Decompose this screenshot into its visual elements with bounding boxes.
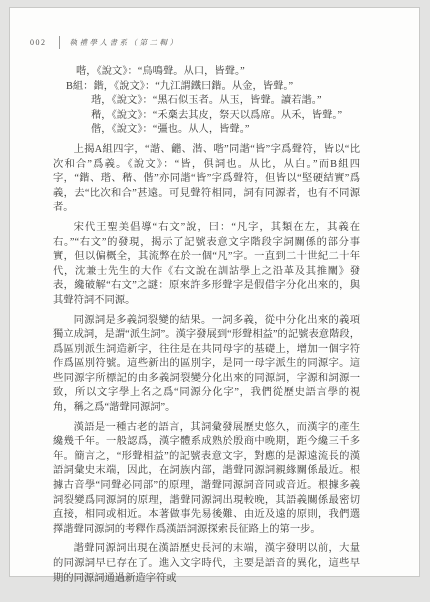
- running-header: 002 執禮學人書系（第二輯）: [30, 36, 180, 49]
- scan-background: 002 執禮學人書系（第二輯） 喈，《說文》：“鳥鳴聲。从口，皆聲。” B組：鍇…: [0, 0, 430, 602]
- page-content: 喈，《說文》：“鳥鳴聲。从口，皆聲。” B組：鍇，《說文》：“九江謂鐵曰鍇。从金…: [53, 65, 360, 586]
- series-title: 執禮學人書系（第二輯）: [70, 37, 180, 48]
- page-number: 002: [30, 38, 47, 47]
- body-paragraph-youwen-theory: 宋代王聖美倡導“右文”說，曰：“凡字，其類在左，其義在右。”“右文”的發現，揭示…: [53, 221, 360, 309]
- shuowen-entry-jie: 喈，《說文》：“鳥鳴聲。从口，皆聲。”: [53, 65, 360, 80]
- shuowen-entry-jie2: 稭，《說文》：“禾稾去其皮，祭天以爲席。从禾，皆聲。”: [53, 109, 360, 124]
- shuowen-entry-xie2: 偕，《說文》：“彊也。从人，皆聲。”: [53, 123, 360, 138]
- body-paragraph-cognate-split: 同源詞是多義詞裂變的結果。一詞多義，從中分化出來的義項獨立成詞，是謂“派生詞”。…: [53, 314, 360, 416]
- body-paragraph-groups-comparison: 上揭A組四字，“諧、龤、湝、喈”同諧“皆”字爲聲符，皆以“比次和合”爲義。《說文…: [53, 143, 360, 216]
- body-paragraph-final: 諧聲同源詞出現在漢語歷史長河的末端，漢字發明以前，大量的同源詞早已存在了。進入文…: [53, 542, 360, 586]
- shuowen-entry-group-b-kai: B組：鍇，《說文》：“九江謂鐵曰鍇。从金，皆聲。”: [53, 80, 360, 95]
- shuowen-entry-xie: 瑎，《說文》：“黑石似玉者。从玉，皆聲。讀若諧。”: [53, 94, 360, 109]
- header-divider: [59, 36, 60, 49]
- book-page: 002 執禮學人書系（第二輯） 喈，《說文》：“鳥鳴聲。从口，皆聲。” B組：鍇…: [9, 7, 420, 577]
- shuowen-quote-block: 喈，《說文》：“鳥鳴聲。从口，皆聲。” B組：鍇，《說文》：“九江謂鐵曰鍇。从金…: [53, 65, 360, 138]
- body-paragraph-history-principle: 漢語是一種古老的語言，其詞彙發展歷史悠久，而漢字的產生纔幾千年。一般認爲，漢字體…: [53, 421, 360, 538]
